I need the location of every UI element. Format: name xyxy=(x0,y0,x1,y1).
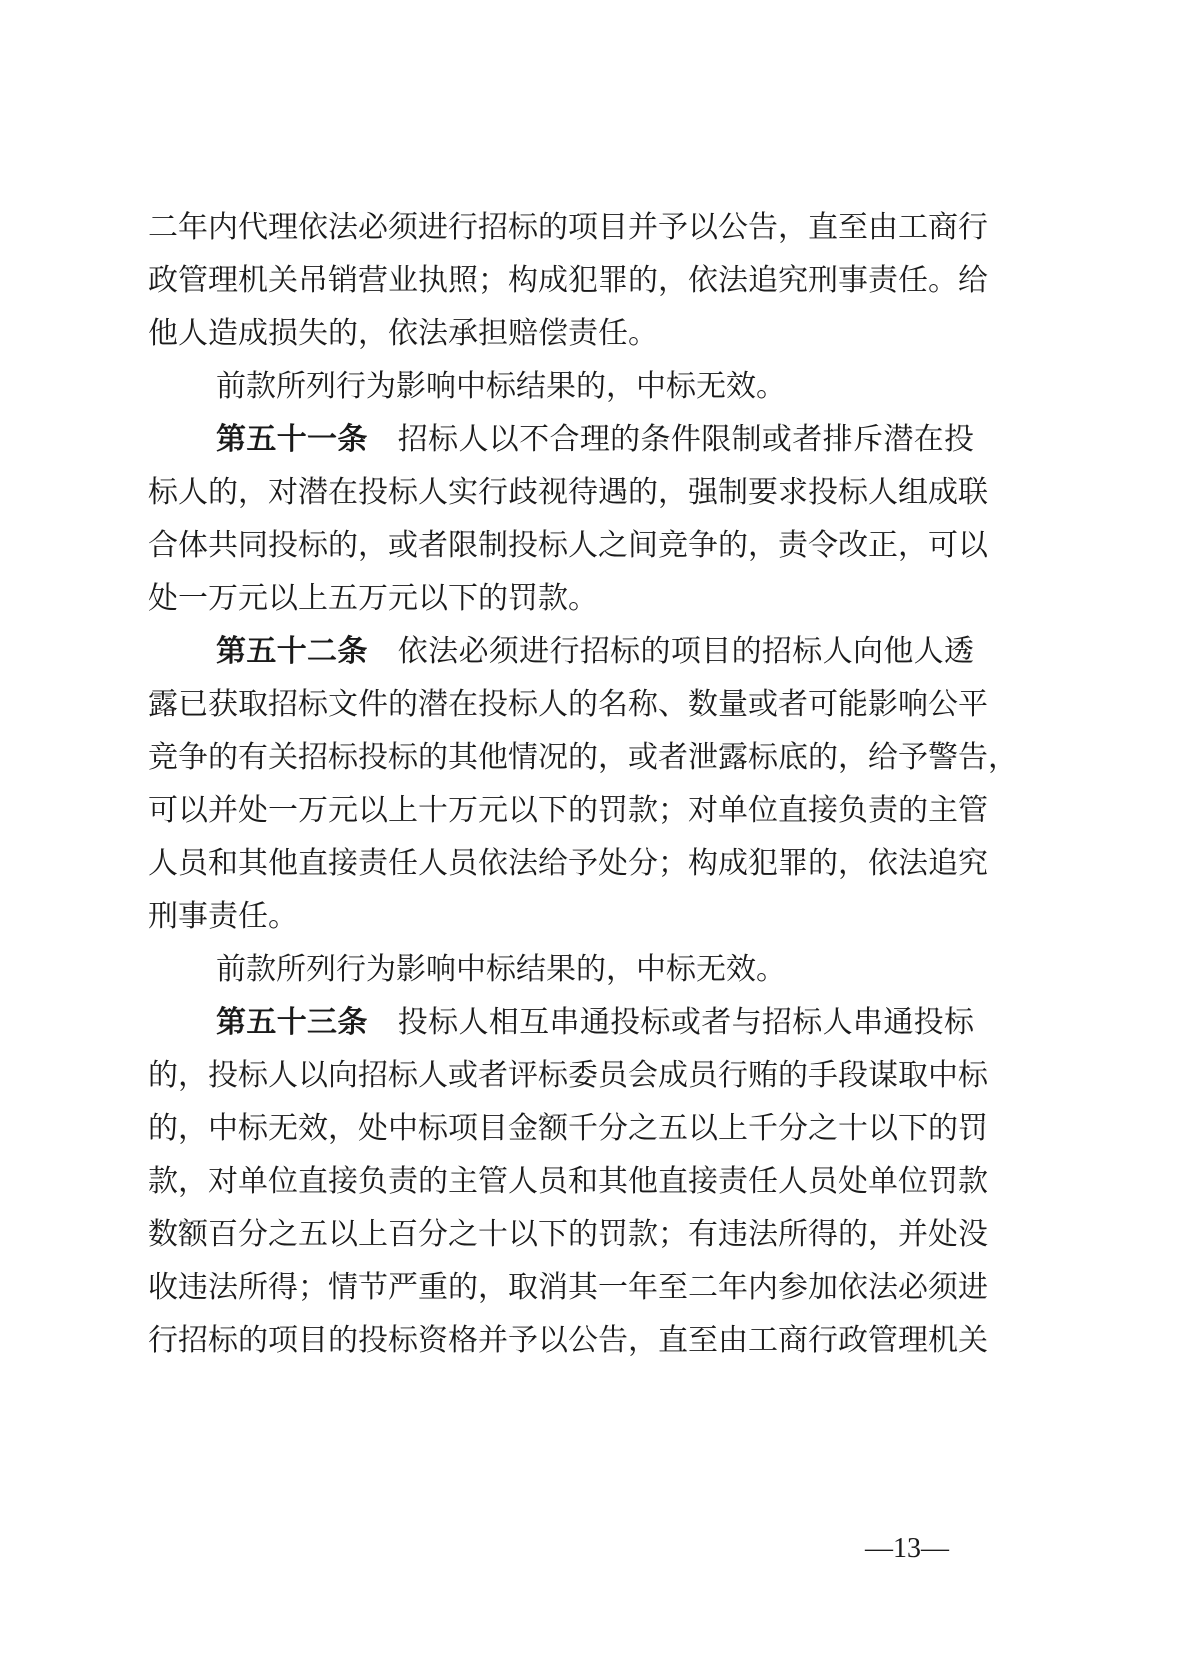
article-label: 第五十二条 xyxy=(216,634,368,669)
text-line: 款，对单位直接负责的主管人员和其他直接责任人员处单位罚款 xyxy=(148,1162,974,1202)
article-label: 第五十一条 xyxy=(216,422,368,457)
text-line: 可以并处一万元以上十万元以下的罚款；对单位直接负责的主管 xyxy=(148,791,974,831)
text-line: 政管理机关吊销营业执照；构成犯罪的，依法追究刑事责任。给 xyxy=(148,261,974,301)
text-line: 他人造成损失的，依法承担赔偿责任。 xyxy=(148,314,974,354)
text-line: 竞争的有关招标投标的其他情况的，或者泄露标底的，给予警告， xyxy=(148,738,974,778)
text-line: 前款所列行为影响中标结果的，中标无效。 xyxy=(216,367,974,407)
text-span: 依法必须进行招标的项目的招标人向他人透 xyxy=(398,634,974,669)
text-line: 露已获取招标文件的潜在投标人的名称、数量或者可能影响公平 xyxy=(148,685,974,725)
article-first-line: 第五十三条投标人相互串通投标或者与招标人串通投标 xyxy=(216,1003,974,1043)
text-line: 收违法所得；情节严重的，取消其一年至二年内参加依法必须进 xyxy=(148,1268,974,1308)
text-line: 合体共同投标的，或者限制投标人之间竞争的，责令改正，可以 xyxy=(148,526,974,566)
text-line: 数额百分之五以上百分之十以下的罚款；有违法所得的，并处没 xyxy=(148,1215,974,1255)
text-line: 前款所列行为影响中标结果的，中标无效。 xyxy=(216,950,974,990)
text-line: 刑事责任。 xyxy=(148,897,974,937)
article-first-line: 第五十二条依法必须进行招标的项目的招标人向他人透 xyxy=(216,632,974,672)
text-line: 标人的，对潜在投标人实行歧视待遇的，强制要求投标人组成联 xyxy=(148,473,974,513)
text-span: 投标人相互串通投标或者与招标人串通投标 xyxy=(398,1005,974,1040)
text-span: 招标人以不合理的条件限制或者排斥潜在投 xyxy=(398,422,974,457)
page-number: —13— xyxy=(865,1533,949,1565)
article-first-line: 第五十一条招标人以不合理的条件限制或者排斥潜在投 xyxy=(216,420,974,460)
text-line: 的，中标无效，处中标项目金额千分之五以上千分之十以下的罚 xyxy=(148,1109,974,1149)
document-page: 二年内代理依法必须进行招标的项目并予以公告，直至由工商行 政管理机关吊销营业执照… xyxy=(0,0,1185,1678)
text-line: 处一万元以上五万元以下的罚款。 xyxy=(148,579,974,619)
text-line: 行招标的项目的投标资格并予以公告，直至由工商行政管理机关 xyxy=(148,1321,974,1361)
text-line: 人员和其他直接责任人员依法给予处分；构成犯罪的，依法追究 xyxy=(148,844,974,884)
article-label: 第五十三条 xyxy=(216,1005,368,1040)
text-line: 二年内代理依法必须进行招标的项目并予以公告，直至由工商行 xyxy=(148,208,974,248)
text-line: 的，投标人以向招标人或者评标委员会成员行贿的手段谋取中标 xyxy=(148,1056,974,1096)
